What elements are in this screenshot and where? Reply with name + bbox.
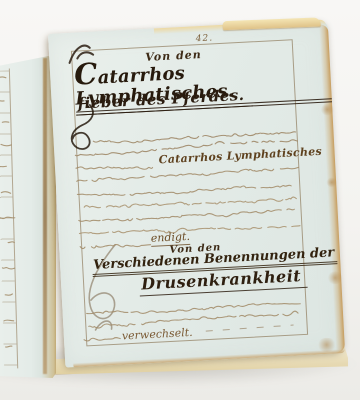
left-page	[0, 56, 56, 378]
handwriting-line	[0, 211, 11, 223]
handwriting-line	[3, 236, 11, 248]
pen-flourish	[66, 41, 97, 69]
handwriting-line	[2, 261, 12, 273]
book-gutter	[43, 58, 47, 374]
handwriting-line	[1, 139, 8, 151]
handwriting-line	[84, 333, 121, 347]
page-corner-curl	[223, 17, 321, 30]
handwriting-line	[0, 117, 9, 129]
photo-background: 42. Von den Catarrhos Lymphatisches. fie…	[0, 0, 360, 400]
right-page: 42. Von den Catarrhos Lymphatisches. fie…	[48, 19, 345, 367]
handwriting-line	[0, 73, 7, 85]
handwriting-line	[4, 314, 14, 326]
handwriting-line	[1, 186, 10, 198]
handwriting-line	[5, 340, 14, 352]
handwriting-line	[5, 288, 12, 300]
handwriting-line	[0, 160, 10, 172]
handwriting-line	[0, 95, 7, 107]
